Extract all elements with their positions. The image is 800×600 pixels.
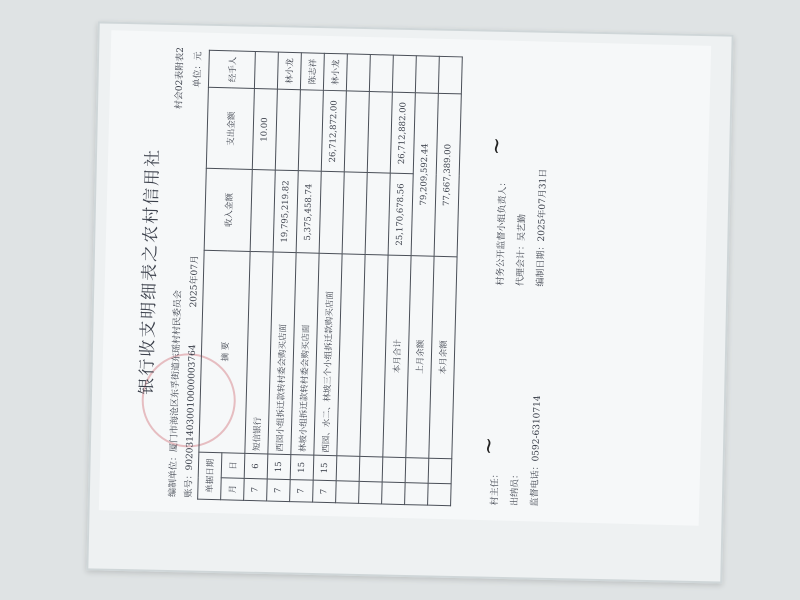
- total-income: 25,170,678.56: [388, 174, 413, 256]
- cell-month: 7: [267, 479, 291, 501]
- handwritten-signature: ~: [476, 436, 501, 455]
- total-income: 77,667,389.00: [434, 93, 461, 256]
- header-month: 月: [221, 478, 245, 500]
- total-expense: 26,712,882.00: [390, 92, 415, 174]
- cell-handler: [254, 52, 278, 90]
- cell-month: 7: [290, 480, 314, 502]
- account-number: 账号：9020314030010000003764: [181, 344, 198, 497]
- cell-day: 15: [313, 455, 337, 481]
- cell-income: 19,795,219.82: [273, 171, 298, 253]
- organization: 编制单位：厦门市海沧区东孚街道东瑶村村民委员会: [165, 290, 183, 497]
- cell-day: 15: [290, 454, 314, 480]
- period: 2025年07月: [186, 255, 200, 308]
- header-handler: 经手人: [208, 50, 255, 88]
- cell-day: 6: [244, 453, 268, 479]
- cell-income: [250, 170, 275, 252]
- cell-income: 5,375,458.74: [296, 171, 321, 253]
- total-label: 本月余额: [429, 256, 457, 458]
- header-income: 收入金额: [204, 169, 252, 252]
- cell-expense: 26,712,872.00: [321, 90, 346, 172]
- cell-income: [319, 172, 344, 254]
- handwritten-signature: ~: [484, 137, 509, 156]
- cell-day: 15: [267, 454, 291, 480]
- cell-handler: 林小龙: [277, 52, 301, 90]
- header-summary: 摘 要: [199, 250, 250, 453]
- cashier-label: 出纳员：: [507, 470, 521, 506]
- cell-handler: 林小龙: [323, 53, 347, 91]
- cell-month: 7: [313, 480, 337, 502]
- supervisor-label: 村务公开监督小组负责人：: [493, 177, 509, 285]
- director-label: 村主任：: [487, 469, 501, 505]
- header-expense: 支出金额: [206, 87, 254, 170]
- form-tag: 村会02表附表2: [171, 47, 186, 110]
- statement-table: 单据日期 摘 要 收入金额 支出金额 经手人 月 日 76 短信银行 10.00…: [197, 50, 463, 506]
- header-day: 日: [221, 453, 245, 479]
- unit: 单位：元: [190, 51, 204, 87]
- cell-month: 7: [244, 479, 268, 501]
- cell-expense: [298, 90, 323, 172]
- cell-handler: 陈志祥: [300, 53, 324, 91]
- date-label: 编制日期：2025年07月31日: [533, 169, 549, 287]
- phone-label: 监督电话：0592-6310714: [527, 395, 543, 506]
- bank-statement-document: 银行收支明细表之农村信用社 村会02表附表2 编制单位：厦门市海沧区东孚街道东瑶…: [119, 36, 691, 520]
- cell-expense: [275, 89, 300, 171]
- cell-expense: 10.00: [252, 89, 277, 171]
- accountant-label: 代理会计：吴艺勤: [513, 214, 528, 286]
- header-date: 单据日期: [198, 452, 222, 500]
